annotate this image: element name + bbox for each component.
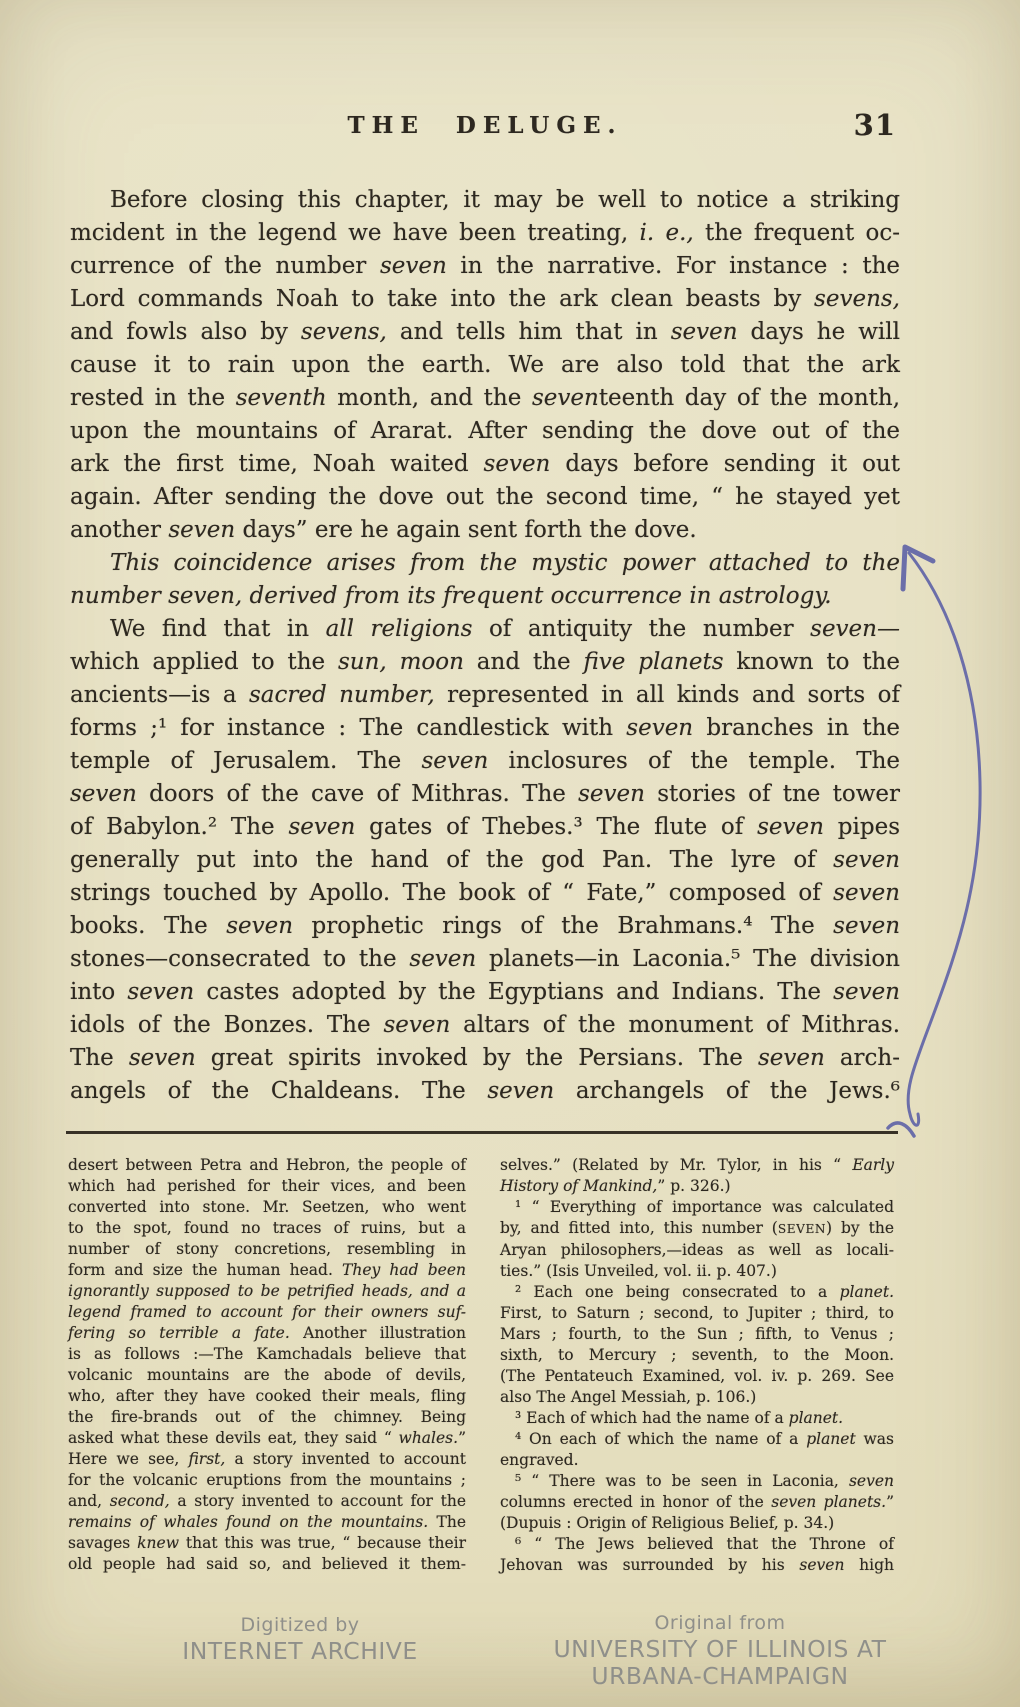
footer-digitized: Digitized by INTERNET ARCHIVE [140, 1612, 460, 1665]
footnote-column-left: desert between Petra and Hebron, the peo… [68, 1155, 466, 1575]
text-line: the fire-brands out of the chimney. Bein… [68, 1407, 466, 1428]
text-line: of Babylon.² The seven gates of Thebes.³… [70, 811, 900, 844]
text-line: ark the first time, Noah waited seven da… [70, 448, 900, 481]
text-line: Here we see, first, a story invented to … [68, 1449, 466, 1470]
footer-original: Original from UNIVERSITY OF ILLINOIS AT … [510, 1610, 930, 1690]
text-line: asked what these devils eat, they said “… [68, 1428, 466, 1449]
university-label: UNIVERSITY OF ILLINOIS AT [510, 1636, 930, 1663]
text-line: number of stony concretions, resembling … [68, 1239, 466, 1260]
text-line: Lord commands Noah to take into the ark … [70, 283, 900, 316]
text-line: who, after they have cooked their meals,… [68, 1386, 466, 1407]
text-line: generally put into the hand of the god P… [70, 844, 900, 877]
text-line: ⁶ “ The Jews believed that the Throne of [500, 1534, 894, 1555]
text-line: which had perished for their vices, and … [68, 1176, 466, 1197]
text-line: remains of whales found on the mountains… [68, 1512, 466, 1533]
text-line: (The Pentateuch Examined, vol. iv. p. 26… [500, 1366, 894, 1387]
text-line: Mars ; fourth, to the Sun ; fifth, to Ve… [500, 1324, 894, 1345]
text-line: ² Each one being consecrated to a planet… [500, 1282, 894, 1303]
city-label: URBANA-CHAMPAIGN [510, 1663, 930, 1690]
text-line: Before closing this chapter, it may be w… [70, 184, 900, 217]
text-line: which applied to the sun, moon and the f… [70, 646, 900, 679]
text-line: First, to Saturn ; second, to Jupiter ; … [500, 1303, 894, 1324]
text-line: currence of the number seven in the narr… [70, 250, 900, 283]
footnote-divider [66, 1131, 898, 1134]
text-line: This coincidence arises from the mystic … [70, 547, 900, 580]
text-line: ties.” (Isis Unveiled, vol. ii. p. 407.) [500, 1261, 894, 1282]
text-line: selves.” (Related by Mr. Tylor, in his “… [500, 1155, 894, 1176]
text-line: engraved. [500, 1450, 894, 1471]
text-line: is as follows :—The Kamchadals believe t… [68, 1344, 466, 1365]
original-from-label: Original from [510, 1610, 930, 1636]
text-line: Jehovan was surrounded by his seven high [500, 1555, 894, 1576]
text-line: ⁴ On each of which the name of a planet … [500, 1429, 894, 1450]
text-line: ignorantly supposed to be petrified head… [68, 1281, 466, 1302]
running-title: THE DELUGE. [70, 112, 900, 139]
text-line: rested in the seventh month, and the sev… [70, 382, 900, 415]
text-line: and fowls also by sevens, and tells him … [70, 316, 900, 349]
text-line: forms ;¹ for instance : The candlestick … [70, 712, 900, 745]
text-line: another seven days” ere he again sent fo… [70, 514, 900, 547]
text-line: strings touched by Apollo. The book of “… [70, 877, 900, 910]
text-line: sixth, to Mercury ; seventh, to the Moon… [500, 1345, 894, 1366]
main-text: Before closing this chapter, it may be w… [70, 184, 900, 1108]
text-line: books. The seven prophetic rings of the … [70, 910, 900, 943]
text-line: upon the mountains of Ararat. After send… [70, 415, 900, 448]
text-line: mcident in the legend we have been treat… [70, 217, 900, 250]
text-line: volcanic mountains are the abode of devi… [68, 1365, 466, 1386]
text-line: number seven, derived from its frequent … [70, 580, 900, 613]
text-line: stones—consecrated to the seven planets—… [70, 943, 900, 976]
page-header: THE DELUGE. 31 [70, 112, 900, 152]
text-line: idols of the Bonzes. The seven altars of… [70, 1009, 900, 1042]
text-line: The seven great spirits invoked by the P… [70, 1042, 900, 1075]
text-line: for the volcanic eruptions from the moun… [68, 1470, 466, 1491]
text-line: fering so terrible a fate. Another illus… [68, 1323, 466, 1344]
book-page: THE DELUGE. 31 Before closing this chapt… [0, 0, 1020, 1707]
text-line: ¹ “ Everything of importance was calcula… [500, 1197, 894, 1218]
text-line: ancients—is a sacred number, represented… [70, 679, 900, 712]
internet-archive-label: INTERNET ARCHIVE [140, 1638, 460, 1665]
text-line: again. After sending the dove out the se… [70, 481, 900, 514]
text-line: into seven castes adopted by the Egyptia… [70, 976, 900, 1009]
text-line: and, second, a story invented to account… [68, 1491, 466, 1512]
text-line: ⁵ “ There was to be seen in Laconia, sev… [500, 1471, 894, 1492]
text-line: by, and fitted into, this number (SEVEN)… [500, 1218, 894, 1240]
text-line: temple of Jerusalem. The seven inclosure… [70, 745, 900, 778]
page-number: 31 [854, 108, 896, 142]
digitized-by-label: Digitized by [140, 1612, 460, 1638]
text-line: legend framed to account for their owner… [68, 1302, 466, 1323]
text-line: seven doors of the cave of Mithras. The … [70, 778, 900, 811]
text-line: savages knew that this was true, “ becau… [68, 1533, 466, 1554]
text-line: angels of the Chaldeans. The seven archa… [70, 1075, 900, 1108]
text-line: desert between Petra and Hebron, the peo… [68, 1155, 466, 1176]
text-line: We find that in all religions of antiqui… [70, 613, 900, 646]
footnote-column-right: selves.” (Related by Mr. Tylor, in his “… [500, 1155, 894, 1576]
text-line: to the spot, found no traces of ruins, b… [68, 1218, 466, 1239]
text-line: Aryan philosophers,—ideas as well as loc… [500, 1240, 894, 1261]
text-line: cause it to rain upon the earth. We are … [70, 349, 900, 382]
text-line: ³ Each of which had the name of a planet… [500, 1408, 894, 1429]
text-line: History of Mankind,” p. 326.) [500, 1176, 894, 1197]
text-line: form and size the human head. They had b… [68, 1260, 466, 1281]
text-line: converted into stone. Mr. Seetzen, who w… [68, 1197, 466, 1218]
text-line: old people had said so, and believed it … [68, 1554, 466, 1575]
text-line: columns erected in honor of the seven pl… [500, 1492, 894, 1513]
text-line: also The Angel Messiah, p. 106.) [500, 1387, 894, 1408]
text-line: (Dupuis : Origin of Religious Belief, p.… [500, 1513, 894, 1534]
